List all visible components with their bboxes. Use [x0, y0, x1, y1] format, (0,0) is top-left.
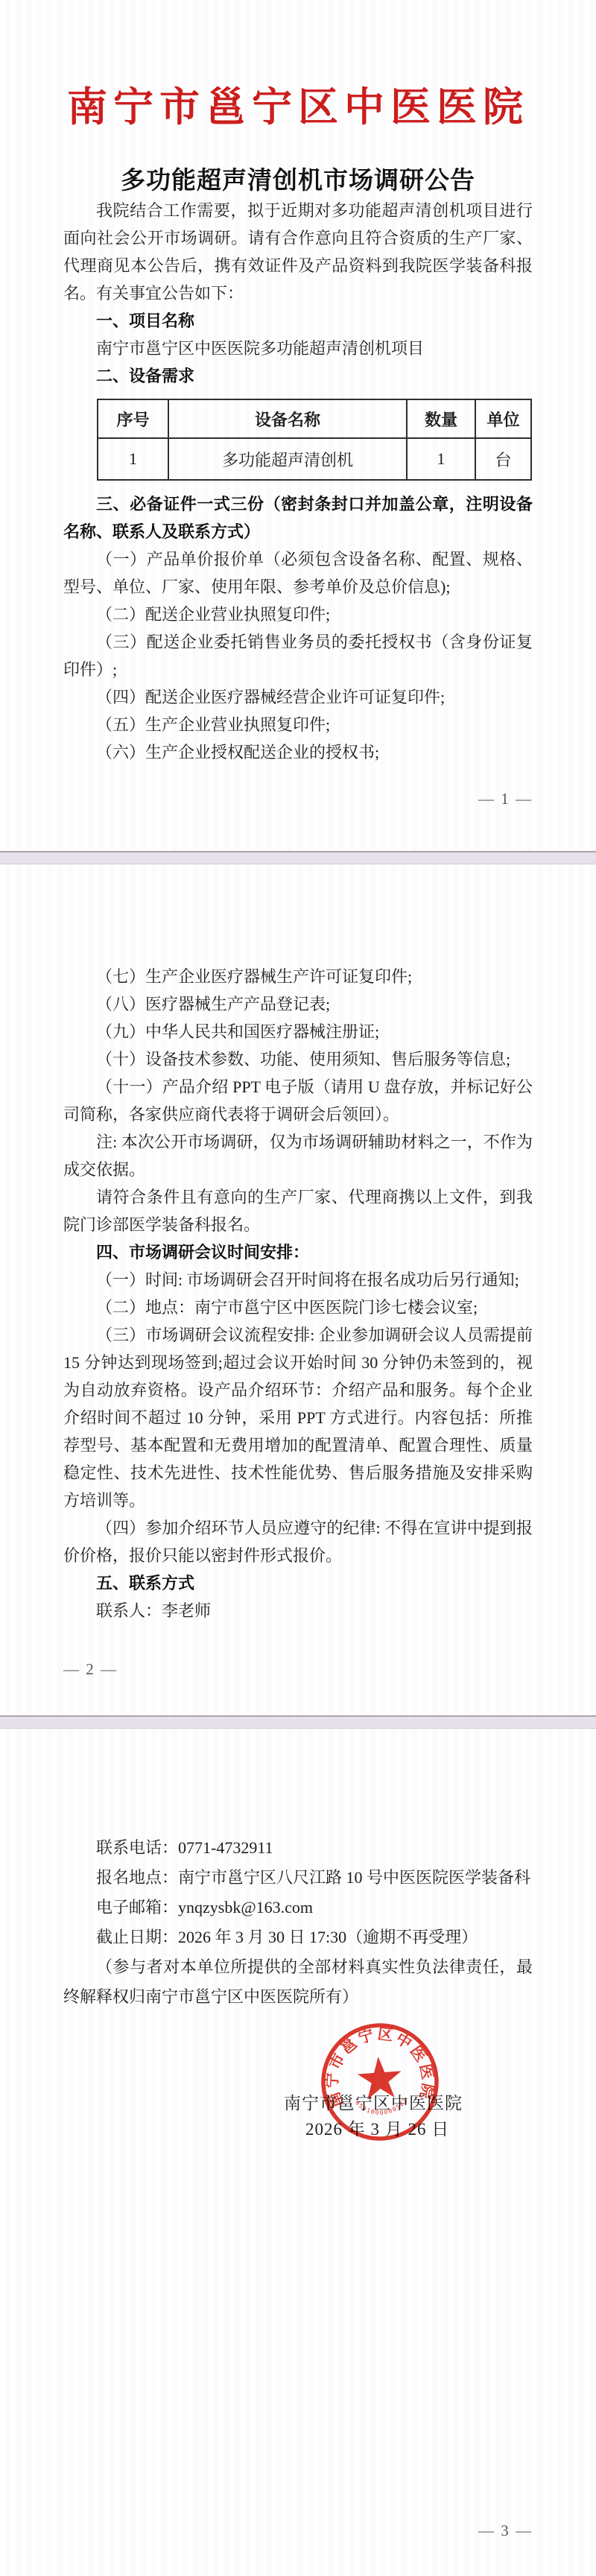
- hospital-title: 南宁市邕宁区中医医院: [63, 83, 533, 131]
- deadline-line: 截止日期：2026 年 3 月 30 日 17:30（逾期不再受理）: [63, 1922, 533, 1952]
- contact-person: 联系人：李老师: [63, 1597, 533, 1624]
- list-item-5: （五）生产企业营业执照复印件;: [63, 711, 533, 738]
- schedule-item-3: （三）市场调研会议流程安排: 企业参加调研会议人员需提前 15 分钟达到现场签到…: [63, 1321, 533, 1514]
- invitation-paragraph: 请符合条件且有意向的生产厂家、代理商携以上文件，到我院门诊部医学装备科报名。: [63, 1183, 533, 1238]
- scanned-announcement-document: 南宁市邕宁区中医医院 多功能超声清创机市场调研公告 我院结合工作需要，拟于近期对…: [0, 0, 596, 2576]
- list-item-9: （九）中华人民共和国医疗器械注册证;: [63, 1018, 533, 1045]
- stamp-star-icon: [356, 2055, 403, 2100]
- list-item-3: （三）配送企业委托销售业务员的委托授权书（含身份证复印件）;: [63, 628, 533, 683]
- official-red-stamp: 南宁市邕宁区中医医院 4501000000582: [312, 2014, 447, 2149]
- stamp-serial-number: 4501000000582: [353, 2096, 410, 2118]
- header-cell-unit: 单位: [475, 399, 531, 438]
- list-item-10: （十）设备技术参数、功能、使用须知、售后服务等信息;: [63, 1045, 533, 1073]
- page-2-content: （七）生产企业医疗器械生产许可证复印件; （八）医疗器械生产产品登记表; （九）…: [0, 864, 596, 1624]
- page-2: （七）生产企业医疗器械生产许可证复印件; （八）医疗器械生产产品登记表; （九）…: [0, 864, 596, 1715]
- header-cell-name: 设备名称: [168, 399, 407, 438]
- cell-name: 多功能超声清创机: [168, 438, 407, 480]
- section-5-heading: 五、联系方式: [63, 1569, 533, 1597]
- section-2-heading: 二、设备需求: [63, 362, 533, 390]
- note-paragraph: 注: 本次公开市场调研，仅为市场调研辅助材料之一，不作为成交依据。: [63, 1128, 533, 1183]
- cell-no: 1: [98, 438, 168, 480]
- contact-email: 电子邮箱：ynqzysbk@163.com: [63, 1893, 533, 1922]
- document-title: 多功能超声清创机市场调研公告: [63, 164, 533, 197]
- table-header-row: 序号 设备名称 数量 单位: [98, 399, 531, 438]
- project-name: 南宁市邕宁区中医医院多功能超声清创机项目: [63, 335, 533, 362]
- table-row: 1 多功能超声清创机 1 台: [98, 438, 531, 480]
- section-4-heading: 四、市场调研会议时间安排：: [63, 1238, 533, 1266]
- page-number-1: — 1 —: [478, 790, 533, 808]
- section-3-heading: 三、必备证件一式三份（密封条封口并加盖公章，注明设备名称、联系人及联系方式）: [63, 490, 533, 545]
- list-item-4: （四）配送企业医疗器械经营企业许可证复印件;: [63, 683, 533, 711]
- schedule-item-4: （四）参加介绍环节人员应遵守的纪律: 不得在宣讲中提到报价价格，报价只能以密封件…: [63, 1514, 533, 1569]
- page-number-3: — 3 —: [478, 2522, 533, 2540]
- list-item-1: （一）产品单价报价单（必须包含设备名称、配置、规格、型号、单位、厂家、使用年限、…: [63, 545, 533, 601]
- cell-qty: 1: [407, 438, 475, 480]
- header-cell-no: 序号: [98, 399, 168, 438]
- signup-address: 报名地点：南宁市邕宁区八尺江路 10 号中医医院医学装备科: [63, 1863, 533, 1893]
- list-item-11: （十一）产品介绍 PPT 电子版（请用 U 盘存放，并标记好公司简称，各家供应商…: [63, 1073, 533, 1128]
- section-1-heading: 一、项目名称: [63, 307, 533, 335]
- disclaimer-paragraph: （参与者对本单位所提供的全部材料真实性负法律责任，最终解释权归南宁市邕宁区中医医…: [63, 1952, 533, 2012]
- schedule-item-2: （二）地点：南宁市邕宁区中医医院门诊七楼会议室;: [63, 1294, 533, 1321]
- list-item-6: （六）生产企业授权配送企业的授权书;: [63, 738, 533, 766]
- header-cell-qty: 数量: [407, 399, 475, 438]
- list-item-8: （八）医疗器械生产产品登记表;: [63, 990, 533, 1018]
- svg-text:4501000000582: 4501000000582: [353, 2096, 410, 2118]
- schedule-item-1: （一）时间: 市场调研会召开时间将在报名成功后另行通知;: [63, 1266, 533, 1294]
- list-item-7: （七）生产企业医疗器械生产许可证复印件;: [63, 963, 533, 990]
- intro-paragraph: 我院结合工作需要，拟于近期对多功能超声清创机项目进行面向社会公开市场调研。请有合…: [63, 197, 533, 307]
- page-3: 联系电话：0771-4732911 报名地点：南宁市邕宁区八尺江路 10 号中医…: [0, 1729, 596, 2576]
- page-3-content: 联系电话：0771-4732911 报名地点：南宁市邕宁区八尺江路 10 号中医…: [0, 1729, 596, 2012]
- cell-unit: 台: [475, 438, 531, 480]
- page-number-2: — 2 —: [63, 1660, 118, 1679]
- page-1-content: 南宁市邕宁区中医医院 多功能超声清创机市场调研公告 我院结合工作需要，拟于近期对…: [0, 83, 596, 766]
- page-separator-1: [0, 851, 596, 864]
- page-separator-2: [0, 1715, 596, 1729]
- contact-phone: 联系电话：0771-4732911: [63, 1833, 533, 1863]
- list-item-2: （二）配送企业营业执照复印件;: [63, 601, 533, 628]
- page-1: 南宁市邕宁区中医医院 多功能超声清创机市场调研公告 我院结合工作需要，拟于近期对…: [0, 0, 596, 851]
- equipment-table: 序号 设备名称 数量 单位 1 多功能超声清创机 1 台: [97, 399, 532, 481]
